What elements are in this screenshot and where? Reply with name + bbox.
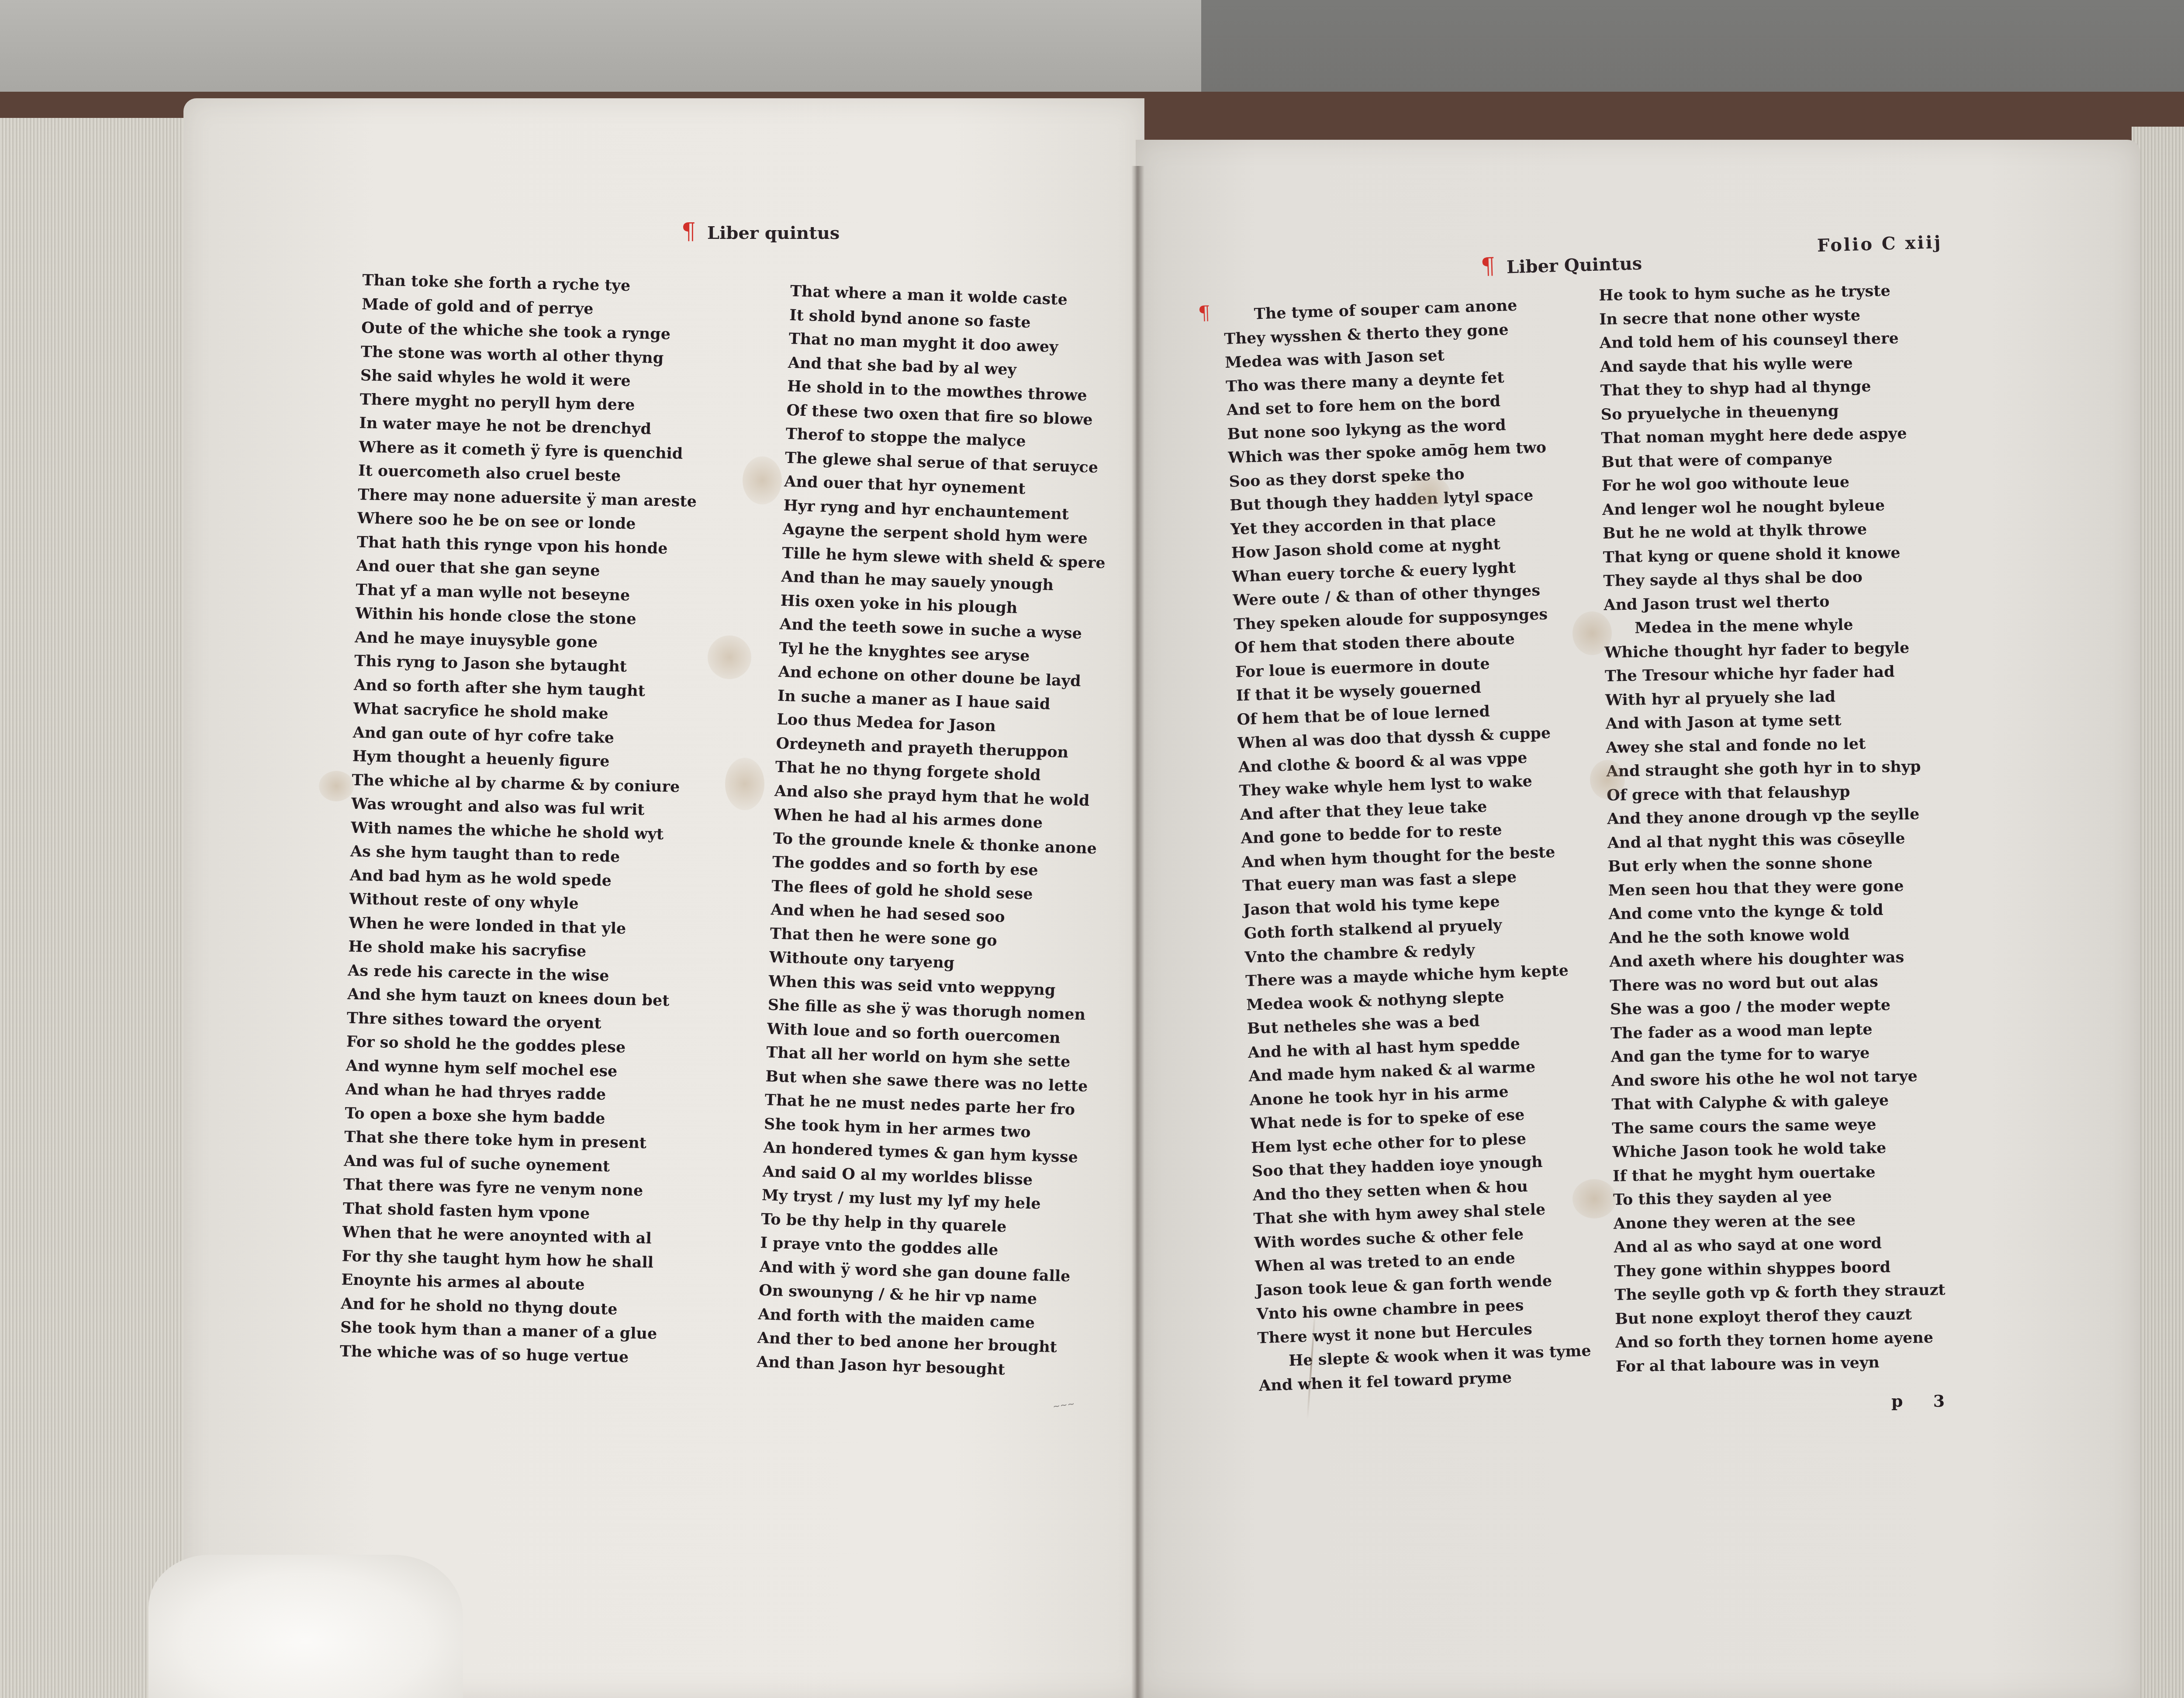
right-page: ¶ Liber Quintus Folio C xiij ¶The tyme o… <box>1136 140 2140 1698</box>
foxing-stain <box>1572 611 1612 655</box>
pilcrow-icon: ¶ <box>681 218 696 245</box>
book-gutter <box>1131 166 1144 1698</box>
foxing-stain <box>743 456 782 504</box>
left-page: ¶ Liber quintus Than toke she forth a ry… <box>183 98 1144 1698</box>
folio-value: C xiij <box>1881 232 1942 254</box>
running-head-left: ¶ Liber quintus <box>681 218 840 245</box>
folio-number: Folio C xiij <box>1817 232 1942 256</box>
running-head-title: Liber quintus <box>707 223 840 243</box>
text-column-left-1: Than toke she forth a ryche tyeMade of g… <box>339 269 701 1370</box>
foxing-stain <box>1590 760 1625 799</box>
verse-line: For al that laboure was in veyn <box>1616 1349 1947 1378</box>
text-column-right-1: ¶The tyme of souper cam anoneThey wysshe… <box>1223 293 1592 1398</box>
pilcrow-icon: ¶ <box>1480 253 1496 280</box>
text-column-right-2: He took to hym suche as he trysteIn secr… <box>1599 279 1947 1379</box>
signature-mark: p 3 <box>1891 1391 1957 1411</box>
folio-label: Folio <box>1817 234 1874 256</box>
foxing-stain <box>725 758 764 810</box>
book-weight-cushion <box>149 1555 463 1698</box>
running-head-right: ¶ Liber Quintus <box>1480 249 1642 280</box>
pilcrow-icon: ¶ <box>1198 301 1211 325</box>
foxing-stain <box>1572 1179 1616 1218</box>
foxing-stain <box>708 635 751 679</box>
pencil-marginalia: ~~~ <box>1052 1398 1075 1412</box>
foxing-stain <box>1406 476 1450 511</box>
running-head-title: Liber Quintus <box>1507 253 1642 278</box>
text-column-left-2: That where a man it wolde casteIt shold … <box>756 280 1114 1384</box>
fore-edge-left <box>0 118 192 1698</box>
foxing-stain <box>319 771 354 801</box>
